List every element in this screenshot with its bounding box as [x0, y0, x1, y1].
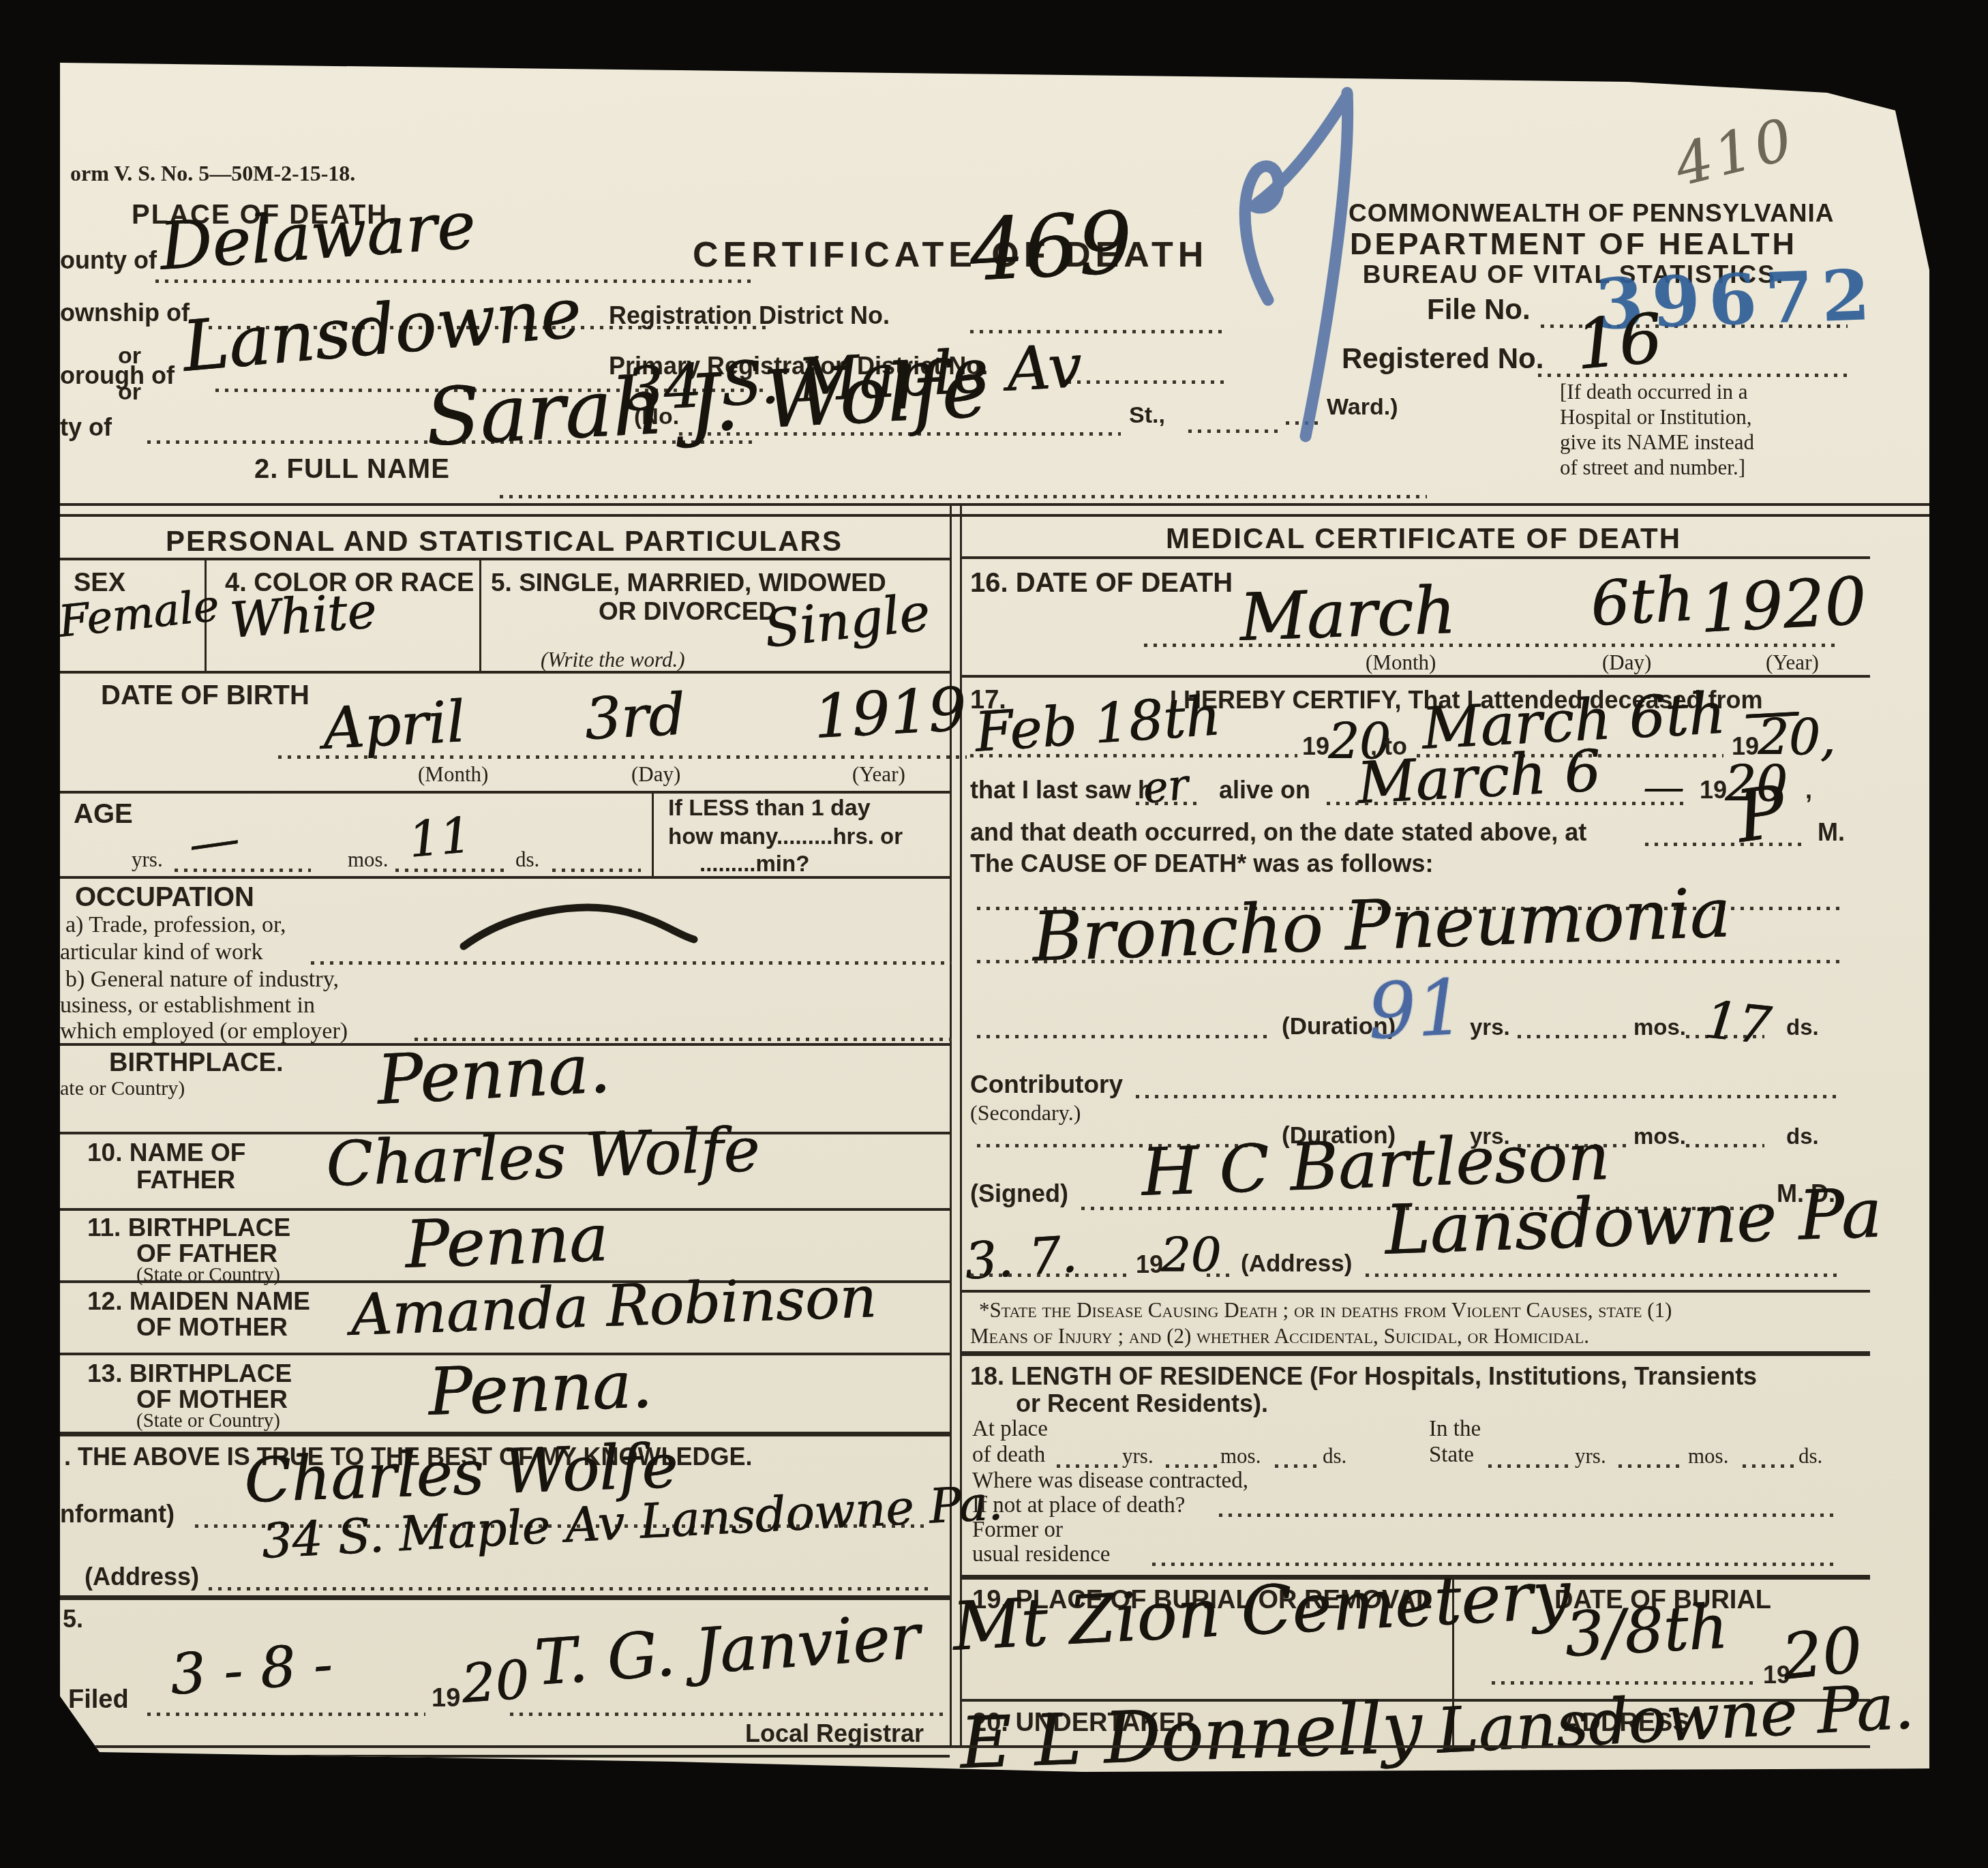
dotted-leader	[278, 755, 967, 759]
registration-district-label: Registration District No.	[609, 301, 890, 330]
mos-label: mos.	[1633, 1014, 1686, 1040]
dotted-leader	[395, 869, 504, 872]
occupation-dash-flourish	[464, 907, 694, 946]
mother-birthplace-handwritten: Penna.	[427, 1346, 653, 1430]
residence-label-line1: 18. LENGTH OF RESIDENCE (For Hospitals, …	[970, 1362, 1757, 1391]
rule-horizontal	[60, 671, 950, 674]
meridiem-label: M.	[1818, 818, 1845, 847]
age-label: AGE	[74, 799, 133, 830]
mother-label-line1: 12. MAIDEN NAME	[87, 1287, 310, 1316]
comma: ,	[1805, 776, 1812, 804]
signed-label: (Signed)	[970, 1179, 1068, 1208]
dotted-leader	[1219, 1513, 1839, 1517]
item15-fragment: 5.	[63, 1605, 83, 1633]
dotted-leader	[209, 1587, 928, 1591]
occupation-a-line2: articular kind of work	[60, 939, 262, 965]
cause-of-death-label: The CAUSE OF DEATH* was as follows:	[970, 849, 1433, 878]
rule-horizontal	[60, 876, 950, 879]
last-saw-pronoun-handwritten: er	[1140, 759, 1190, 813]
rule-horizontal	[60, 558, 950, 560]
occupation-b-line1: b) General nature of industry,	[65, 967, 339, 993]
occupation-label: OCCUPATION	[75, 882, 254, 913]
mos-label: mos.	[1688, 1444, 1728, 1468]
registered-no-handwritten: 16	[1572, 298, 1666, 385]
cell-divider	[479, 558, 481, 671]
filed-label: Filed	[68, 1685, 129, 1715]
birthplace-label: BIRTHPLACE.	[109, 1049, 283, 1078]
alive-on-label: alive on	[1219, 776, 1310, 804]
dotted-leader	[970, 1274, 1130, 1277]
day-caption: (Day)	[1602, 650, 1651, 675]
full-name-label: 2. FULL NAME	[254, 454, 450, 485]
month-caption: (Month)	[418, 762, 488, 787]
yrs-label: yrs.	[1575, 1444, 1606, 1468]
dotted-leader	[1136, 802, 1201, 805]
rule-horizontal	[960, 556, 1870, 559]
year-caption: (Year)	[852, 762, 905, 787]
marital-label2: OR DIVORCED	[599, 597, 777, 626]
year-caption: (Year)	[1766, 650, 1819, 675]
ds-label: ds.	[1786, 1124, 1819, 1149]
rule-horizontal-thick	[960, 1351, 1870, 1356]
commonwealth-line: COMMONWEALTH OF PENNSYLVANIA	[1349, 199, 1798, 228]
burial-place-handwritten: Mt Zion Cemetery	[950, 1556, 1572, 1666]
father-name-handwritten: Charles Wolfe	[325, 1114, 761, 1201]
mother-label-line2: OF MOTHER	[136, 1313, 288, 1342]
occupation-b-line2: usiness, or establishment in	[60, 993, 315, 1019]
ds-label: ds.	[1323, 1444, 1346, 1468]
mos-label: mos.	[1220, 1444, 1261, 1468]
mother-birthplace-label1: 13. BIRTHPLACE	[87, 1359, 292, 1388]
filed-year-preprinted: 19	[432, 1684, 460, 1713]
yrs-label: yrs.	[1122, 1444, 1154, 1468]
dotted-leader	[1144, 644, 1839, 647]
registered-no-label: Registered No.	[1342, 342, 1543, 375]
registrar-signature-handwritten: T. G. Janvier	[532, 1600, 922, 1700]
registration-district-value-handwritten: 469	[967, 194, 1134, 301]
dotted-leader	[1188, 430, 1284, 433]
secondary-label: (Secondary.)	[970, 1100, 1081, 1126]
dotted-leader	[1686, 1144, 1764, 1147]
dotted-leader	[1618, 1464, 1683, 1468]
less-than-day-line1: If LESS than 1 day	[668, 795, 871, 822]
death-occurred-label: and that death occurred, on the date sta…	[970, 818, 1586, 847]
date-of-death-label: 16. DATE OF DEATH	[970, 568, 1233, 599]
father-label-line2: FATHER	[136, 1166, 235, 1194]
yrs-label: yrs.	[1470, 1014, 1510, 1040]
filed-year-handwritten: 20	[460, 1649, 531, 1715]
dotted-leader	[970, 754, 1297, 757]
pencil-note-410: 410	[1668, 105, 1803, 199]
occupation-a-line1: a) Trade, profession, or,	[65, 912, 286, 938]
local-registrar-label: Local Registrar	[745, 1719, 924, 1748]
age-years-handwritten: —	[185, 809, 243, 874]
occupation-b-line3: which employed (or employer)	[60, 1019, 348, 1044]
former-line1: Former or	[972, 1518, 1063, 1543]
file-no-label: File No.	[1427, 293, 1531, 326]
dotted-leader	[1275, 1464, 1319, 1468]
ds-label: ds.	[515, 847, 539, 872]
mother-birthplace-hint: (State or Country)	[136, 1410, 280, 1432]
hospital-note: [If death occurred in a Hospital or Inst…	[1560, 379, 1754, 480]
dotted-leader	[1327, 802, 1688, 805]
informant-label: nformant)	[60, 1500, 175, 1528]
in-the-label: In the	[1429, 1417, 1481, 1442]
undertaker-handwritten: E L Donnelly	[959, 1685, 1424, 1785]
dotted-leader	[147, 1713, 425, 1716]
father-birthplace-hint: (State or Country)	[136, 1264, 280, 1286]
rule-horizontal	[60, 791, 950, 794]
township-label: ownship of	[60, 299, 190, 327]
hospital-note-line: [If death occurred in a	[1560, 379, 1754, 404]
dotted-leader	[1286, 421, 1323, 425]
father-birthplace-handwritten: Penna	[404, 1200, 609, 1283]
dotted-leader	[311, 961, 952, 965]
footnote-line1: *State the Disease Causing Death ; or in…	[979, 1298, 1672, 1323]
rule-horizontal	[60, 1745, 1870, 1748]
full-name-handwritten: Sarah J. Wolfe	[423, 343, 991, 464]
former-line2: usual residence	[972, 1542, 1111, 1567]
footnote-line2: Means of Injury ; and (2) whether Accide…	[970, 1324, 1589, 1349]
dotted-leader	[1068, 380, 1224, 384]
dotted-leader	[510, 1713, 946, 1716]
dotted-leader	[970, 330, 1226, 333]
year-preprinted: 19	[1302, 732, 1329, 761]
dotted-leader	[977, 1035, 1270, 1038]
dotted-leader	[552, 869, 641, 872]
department-line: DEPARTMENT OF HEALTH	[1349, 226, 1798, 262]
dob-month-handwritten: April	[321, 688, 466, 762]
sign-address-handwritten: Lansdowne Pa	[1383, 1173, 1883, 1270]
cell-divider	[652, 791, 654, 876]
dotted-leader	[977, 960, 1839, 963]
county-label: ounty of	[60, 246, 157, 275]
blue-crayon-seven-mark	[1245, 93, 1347, 436]
less-than-day-line3: .........min?	[699, 851, 809, 877]
contracted-line1: Where was disease contracted,	[972, 1468, 1248, 1494]
mos-label: mos.	[1633, 1124, 1686, 1149]
state-label: State	[1429, 1443, 1474, 1468]
hospital-note-line: give its NAME instead	[1560, 430, 1754, 455]
dob-year-handwritten: 1919	[812, 674, 968, 752]
certificate-paper: orm V. S. No. 5—50M-2-15-18. PLACE OF DE…	[60, 53, 1929, 1774]
less-than-day-line2: how many.........hrs. or	[668, 824, 903, 849]
rule-horizontal-thick	[60, 1595, 950, 1600]
borough-label: orough of	[60, 361, 175, 390]
rule-horizontal	[60, 514, 1929, 517]
attended-from-handwritten: Feb 18th	[973, 684, 1222, 764]
rule-horizontal	[60, 1755, 950, 1758]
ds-label: ds.	[1798, 1444, 1822, 1468]
birthplace-value-handwritten: Penna.	[375, 1028, 612, 1120]
age-months-handwritten: 11	[406, 806, 474, 869]
duration-days-handwritten: 17	[1702, 989, 1773, 1056]
right-section-title: MEDICAL CERTIFICATE OF DEATH	[1049, 522, 1798, 555]
burial-date-handwritten: 3/8th	[1563, 1591, 1730, 1671]
marital-hint: (Write the word.)	[541, 648, 685, 672]
dotted-leader	[1488, 1464, 1570, 1468]
mos-label: mos.	[348, 847, 388, 872]
dotted-leader	[1518, 1035, 1627, 1038]
duration-years-handwritten-blue: 91	[1366, 963, 1467, 1057]
death-year-handwritten: 1920	[1698, 562, 1868, 648]
dotted-leader	[500, 495, 1427, 498]
or-label: or	[118, 379, 141, 406]
of-death-label: of death	[972, 1443, 1045, 1468]
dotted-leader	[1166, 1464, 1217, 1468]
contracted-line2: If not at place of death?	[972, 1493, 1185, 1518]
form-number: orm V. S. No. 5—50M-2-15-18.	[70, 161, 355, 186]
left-section-title: PERSONAL AND STATISTICAL PARTICULARS	[166, 525, 843, 558]
yrs-label: yrs.	[132, 847, 163, 872]
scanned-death-certificate: { "colors": { "paper": "#e9e4d3", "ink":…	[0, 0, 1988, 1868]
informant-address-label: (Address)	[85, 1563, 199, 1591]
year-preprinted: 19	[1136, 1250, 1163, 1279]
race-value-handwritten: White	[228, 582, 378, 649]
rule-horizontal	[60, 503, 1929, 506]
rule-horizontal	[960, 1290, 1870, 1293]
day-caption: (Day)	[631, 762, 680, 787]
at-place-label: At place	[972, 1417, 1048, 1442]
rule-horizontal	[960, 675, 1870, 678]
contributory-label: Contributory	[970, 1070, 1123, 1099]
dotted-leader	[1136, 1095, 1839, 1098]
hospital-note-line: Hospital or Institution,	[1560, 404, 1754, 430]
month-caption: (Month)	[1366, 650, 1436, 675]
sign-address-label: (Address)	[1241, 1250, 1352, 1278]
residence-label-line2: or Recent Residents).	[1016, 1389, 1268, 1418]
father-label-line1: 10. NAME OF	[87, 1139, 245, 1167]
hospital-note-line: of street and number.]	[1560, 455, 1754, 480]
dotted-leader	[1207, 1274, 1233, 1277]
dotted-leader	[1366, 1274, 1839, 1277]
dotted-leader	[1743, 1464, 1794, 1468]
last-saw-label: that I last saw h	[970, 776, 1153, 804]
father-birthplace-label1: 11. BIRTHPLACE	[87, 1214, 290, 1242]
dob-day-handwritten: 3rd	[583, 680, 687, 753]
undertaker-address-handwritten: Lansdowne Pa.	[1434, 1670, 1915, 1768]
ward-label: Ward.)	[1327, 394, 1398, 421]
year-preprinted: 19	[1700, 776, 1727, 804]
ds-label: ds.	[1786, 1014, 1819, 1040]
dotted-leader	[1057, 1464, 1118, 1468]
death-day-handwritten: 6th	[1589, 563, 1696, 640]
sign-date-handwritten: 3. 7.	[963, 1225, 1079, 1291]
dob-label: DATE OF BIRTH	[101, 680, 310, 711]
birthplace-hint: ate or Country)	[60, 1077, 185, 1100]
city-label: ty of	[60, 413, 112, 442]
street-label: St.,	[1129, 402, 1165, 429]
filed-date-handwritten: 3 - 8 -	[168, 1632, 334, 1708]
